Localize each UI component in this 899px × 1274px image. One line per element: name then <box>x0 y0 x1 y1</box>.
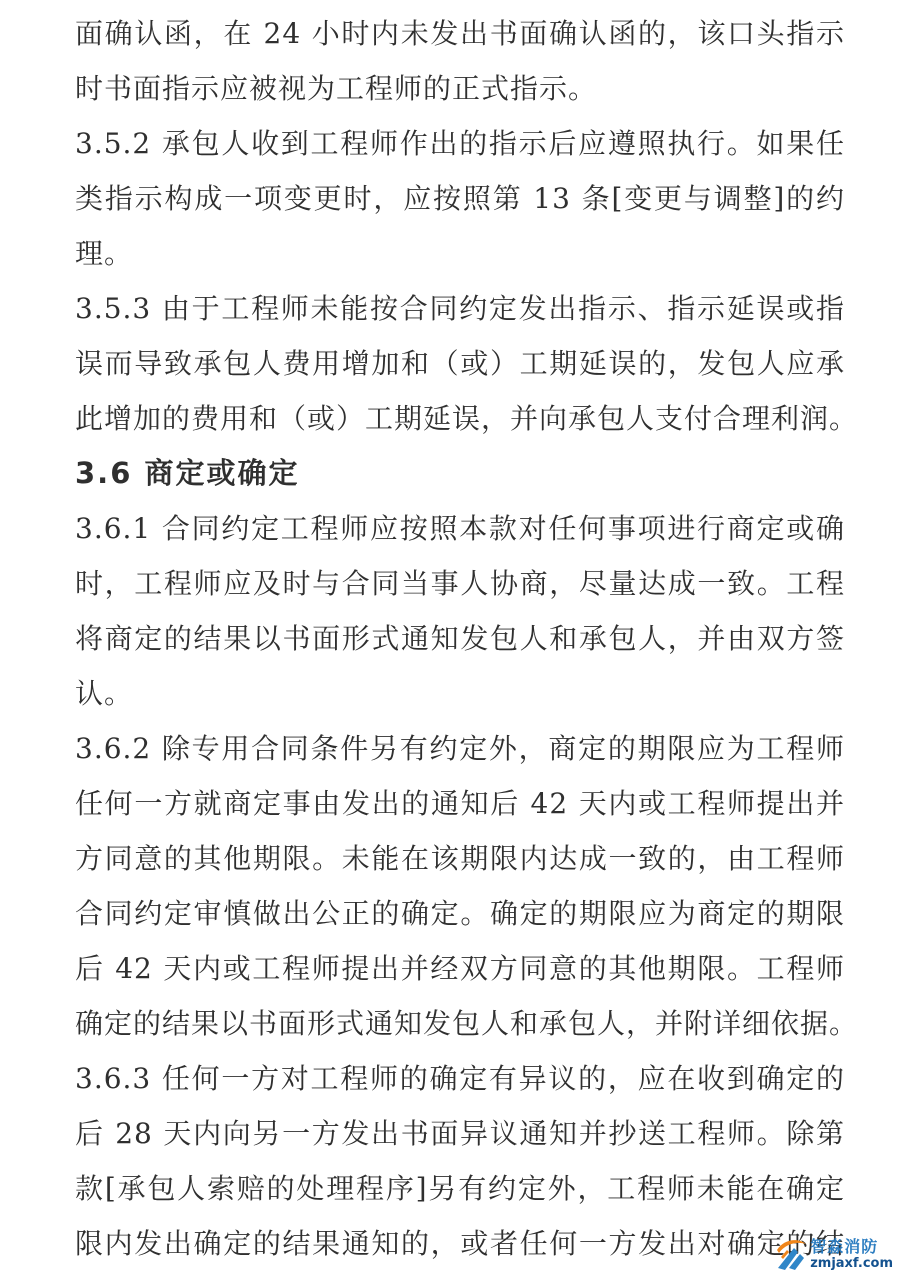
watermark: 智淼消防 zmjaxf.com <box>775 1237 893 1272</box>
watermark-text: 智淼消防 zmjaxf.com <box>810 1239 893 1270</box>
paragraph-3-6-2: 3.6.2 除专用合同条件另有约定外，商定的期限应为工程师收到任何一方就商定事由… <box>75 721 845 1051</box>
paragraph-line: 理。 <box>75 226 845 281</box>
paragraph-3-5-1-continuation: 面确认函，在 24 小时内未发出书面确认函的，该口头指示或临时书面指示应被视为工… <box>75 6 845 116</box>
paragraph-line: 方同意的其他期限。未能在该期限内达成一致的，由工程师按照 <box>75 831 845 886</box>
paragraph-line: 认。 <box>75 666 845 721</box>
paragraph-line: 3.6.2 除专用合同条件另有约定外，商定的期限应为工程师收到 <box>75 721 845 776</box>
paragraph-line: 3.6.3 任何一方对工程师的确定有异议的，应在收到确定的结果 <box>75 1051 845 1106</box>
paragraph-line: 限内发出确定的结果通知的，或者任何一方发出对确定的结果 <box>75 1216 845 1271</box>
document-page: 面确认函，在 24 小时内未发出书面确认函的，该口头指示或临时书面指示应被视为工… <box>0 0 899 1274</box>
paragraph-3-6-1: 3.6.1 合同约定工程师应按照本款对任何事项进行商定或确定时，工程师应及时与合… <box>75 501 845 721</box>
paragraph-line: 合同约定审慎做出公正的确定。确定的期限应为商定的期限届满 <box>75 886 845 941</box>
paragraph-line: 时书面指示应被视为工程师的正式指示。 <box>75 61 845 116</box>
document-body: 面确认函，在 24 小时内未发出书面确认函的，该口头指示或临时书面指示应被视为工… <box>75 6 845 1271</box>
paragraph-line: 将商定的结果以书面形式通知发包人和承包人，并由双方签署确 <box>75 611 845 666</box>
heading-3-6: 3.6 商定或确定 <box>75 446 845 501</box>
paragraph-line: 3.5.2 承包人收到工程师作出的指示后应遵照执行。如果任何此 <box>75 116 845 171</box>
watermark-brand-name: 智淼消防 <box>810 1239 893 1255</box>
heading-line: 3.6 商定或确定 <box>75 446 845 501</box>
paragraph-line: 时，工程师应及时与合同当事人协商，尽量达成一致。工程师应 <box>75 556 845 611</box>
paragraph-line: 3.6.1 合同约定工程师应按照本款对任何事项进行商定或确定 <box>75 501 845 556</box>
paragraph-line: 类指示构成一项变更时，应按照第 13 条[变更与调整]的约定办 <box>75 171 845 226</box>
watermark-site-url: zmjaxf.com <box>810 1257 893 1270</box>
zmjaxf-logo-icon <box>775 1237 808 1272</box>
paragraph-line: 确定的结果以书面形式通知发包人和承包人，并附详细依据。 <box>75 996 845 1051</box>
paragraph-3-5-2: 3.5.2 承包人收到工程师作出的指示后应遵照执行。如果任何此类指示构成一项变更… <box>75 116 845 281</box>
paragraph-line: 面确认函，在 24 小时内未发出书面确认函的，该口头指示或临 <box>75 6 845 61</box>
paragraph-3-6-3: 3.6.3 任何一方对工程师的确定有异议的，应在收到确定的结果后 28 天内向另… <box>75 1051 845 1271</box>
paragraph-line: 3.5.3 由于工程师未能按合同约定发出指示、指示延误或指示错 <box>75 281 845 336</box>
paragraph-3-5-3: 3.5.3 由于工程师未能按合同约定发出指示、指示延误或指示错误而导致承包人费用… <box>75 281 845 446</box>
paragraph-line: 后 42 天内或工程师提出并经双方同意的其他期限。工程师应将 <box>75 941 845 996</box>
paragraph-line: 此增加的费用和（或）工期延误，并向承包人支付合理利润。 <box>75 391 845 446</box>
paragraph-line: 任何一方就商定事由发出的通知后 42 天内或工程师提出并经双 <box>75 776 845 831</box>
paragraph-line: 款[承包人索赔的处理程序]另有约定外，工程师未能在确定的期 <box>75 1161 845 1216</box>
paragraph-line: 后 28 天内向另一方发出书面异议通知并抄送工程师。除第 19.2 <box>75 1106 845 1161</box>
paragraph-line: 误而导致承包人费用增加和（或）工期延误的，发包人应承担由 <box>75 336 845 391</box>
